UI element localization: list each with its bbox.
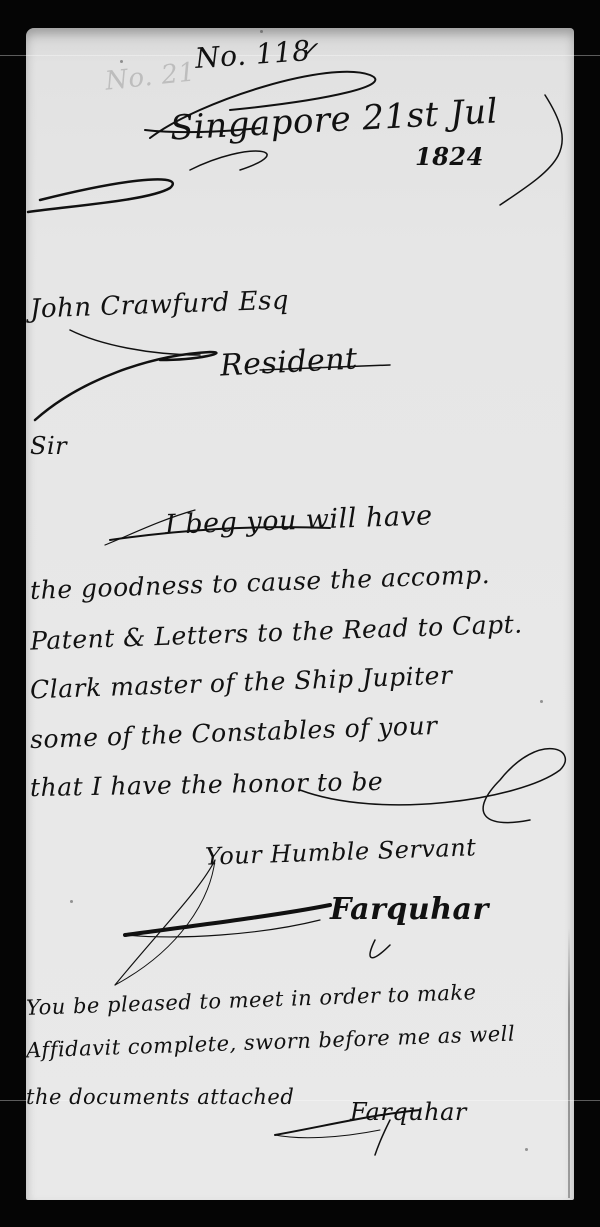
paper-speck — [70, 900, 73, 903]
paper-speck — [525, 1148, 528, 1151]
paper-speck — [120, 60, 123, 63]
body-line-6: that I have the honor to be — [30, 767, 384, 802]
postscript-line-3: the documents attached — [26, 1085, 294, 1109]
check-mark: ✓ — [300, 38, 319, 63]
signature: Farquhar — [330, 892, 489, 927]
salutation: Sir — [30, 432, 67, 460]
year: 1824 — [415, 142, 484, 171]
postscript-signature: Farquhar — [350, 1098, 467, 1126]
paper-speck — [260, 30, 263, 33]
page-edge-shadow — [568, 928, 570, 1198]
addressee-title: Resident — [219, 341, 358, 383]
paper-speck — [540, 700, 543, 703]
